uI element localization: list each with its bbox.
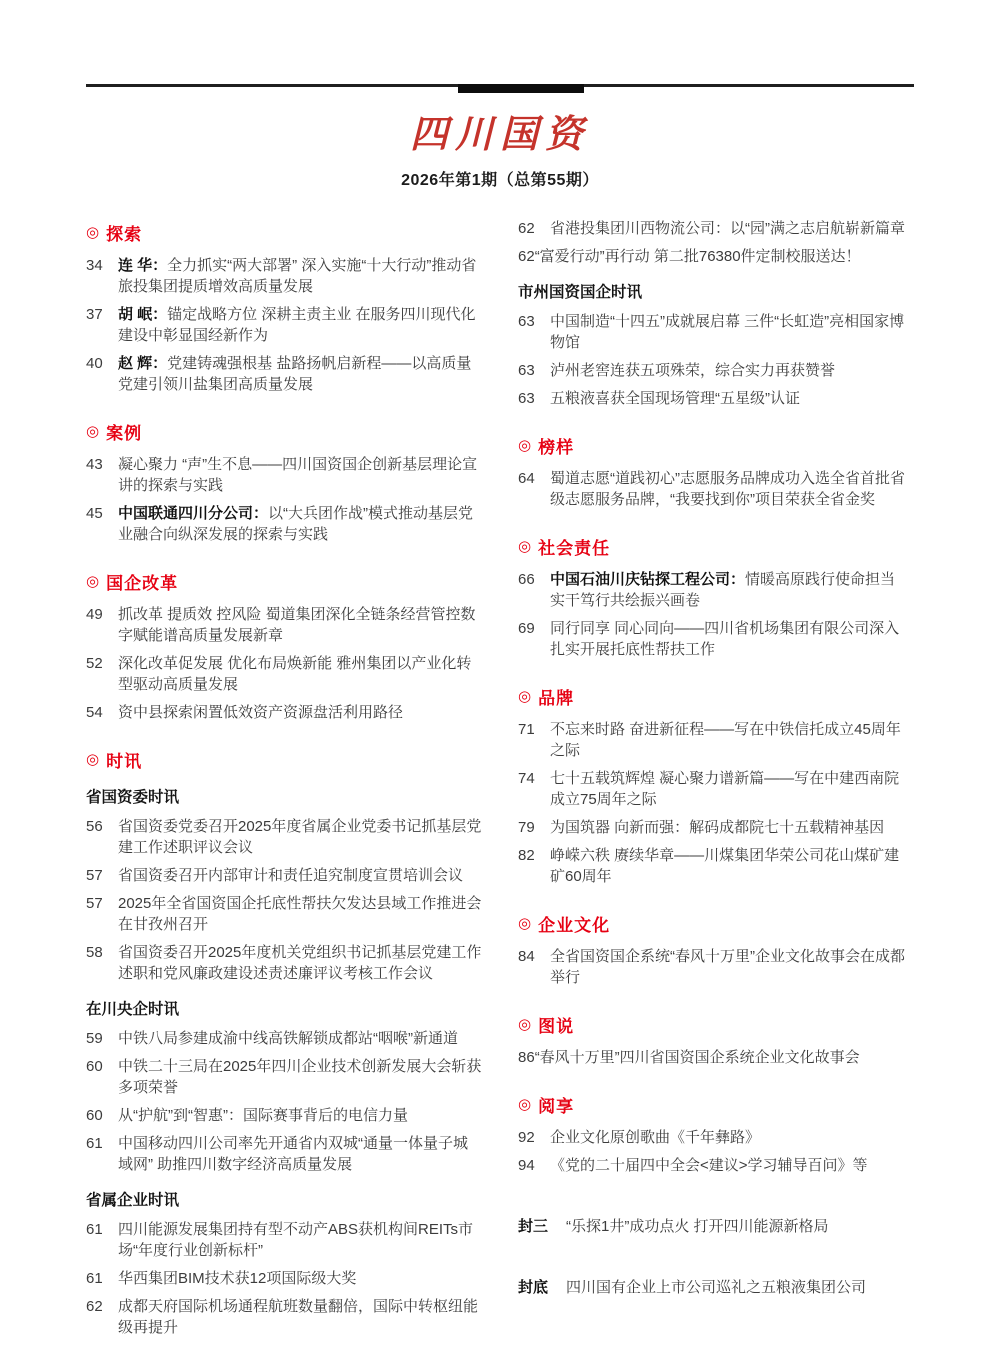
section-bullet-icon: ◎ <box>86 225 99 240</box>
section-title: 时讯 <box>106 747 142 772</box>
page-number: 92 <box>518 1127 550 1148</box>
section-header: ◎社会责任 <box>518 534 914 559</box>
toc-columns: ◎探索34连 华：全力抓实“两大部署” 深入实施“十大行动”推动省旅投集团提质增… <box>86 218 914 1345</box>
subsection-title: 市州国资国企时讯 <box>518 280 914 302</box>
toc-entry: 49抓改革 提质效 控风险 蜀道集团深化全链条经营管控数字赋能谱高质量发展新章 <box>86 604 482 646</box>
section-title: 探索 <box>106 220 142 245</box>
article-title: 省国资委召开2025年度机关党组织书记抓基层党建工作述职和党风廉政建设述责述廉评… <box>118 942 482 984</box>
toc-entry: 74七十五载筑辉煌 凝心聚力谱新篇——写在中建西南院成立75周年之际 <box>518 768 914 810</box>
toc-entry: 61华西集团BIM技术获12项国际级大奖 <box>86 1268 482 1289</box>
page-number: 59 <box>86 1028 118 1049</box>
header-rule-notch <box>458 84 584 93</box>
article-title: 凝心聚力 “声”生不息——四川国资国企创新基层理论宣讲的探索与实践 <box>118 454 482 496</box>
toc-entry: 61中国移动四川公司率先开通省内双城“通量一体量子城域网” 助推四川数字经济高质… <box>86 1133 482 1175</box>
article-title: 蜀道志愿“道践初心”志愿服务品牌成功入选全省首批省级志愿服务品牌，“我要找到你”… <box>550 468 914 510</box>
toc-entry: 61四川能源发展集团持有型不动产ABS获机构间REITs市场“年度行业创新标杆” <box>86 1219 482 1261</box>
page-number: 45 <box>86 503 118 545</box>
section-header: ◎榜样 <box>518 433 914 458</box>
section-header: ◎案例 <box>86 419 482 444</box>
section-bullet-icon: ◎ <box>518 539 531 554</box>
page-number: 62 <box>518 246 535 267</box>
article-title: 成都天府国际机场通程航班数量翻倍，国际中转枢纽能级再提升 <box>118 1296 482 1338</box>
section-title: 社会责任 <box>538 534 610 559</box>
toc-entry: 64蜀道志愿“道践初心”志愿服务品牌成功入选全省首批省级志愿服务品牌，“我要找到… <box>518 468 914 510</box>
page-number: 63 <box>518 360 550 381</box>
section-title: 榜样 <box>538 433 574 458</box>
toc-entry: 71不忘来时路 奋进新征程——写在中铁信托成立45周年之际 <box>518 719 914 761</box>
article-title: 为国筑器 向新而强：解码成都院七十五载精神基因 <box>550 817 914 838</box>
page-number: 63 <box>518 311 550 353</box>
cover-label: 封三 <box>518 1216 566 1237</box>
article-title: 中铁八局参建成渝中线高铁解锁成都站“咽喉”新通道 <box>118 1028 482 1049</box>
section-bullet-icon: ◎ <box>518 1017 531 1032</box>
page-number: 69 <box>518 618 550 660</box>
toc-entry: 56省国资委党委召开2025年度省属企业党委书记抓基层党建工作述职评议会议 <box>86 816 482 858</box>
subsection-title: 省国资委时讯 <box>86 785 482 807</box>
article-title: 五粮液喜获全国现场管理“五星级”认证 <box>550 388 914 409</box>
cover-entry: 封三“乐探1井”成功点火 打开四川能源新格局 <box>518 1216 914 1237</box>
page-number: 56 <box>86 816 118 858</box>
toc-entry: 94《党的二十届四中全会<建议>学习辅导百问》等 <box>518 1155 914 1176</box>
article-title: 全省国资国企系统“春风十万里”企业文化故事会在成都举行 <box>550 946 914 988</box>
subsection-title: 省属企业时讯 <box>86 1188 482 1210</box>
section-bullet-icon: ◎ <box>518 438 531 453</box>
page-number: 71 <box>518 719 550 761</box>
toc-entry: 40赵 辉：党建铸魂强根基 盐路扬帆启新程——以高质量党建引领川盐集团高质量发展 <box>86 353 482 395</box>
page-content: 四川国资 2026年第1期（总第55期） ◎探索34连 华：全力抓实“两大部署”… <box>0 0 1000 1345</box>
toc-entry: 58省国资委召开2025年度机关党组织书记抓基层党建工作述职和党风廉政建设述责述… <box>86 942 482 984</box>
page-number: 60 <box>86 1056 118 1098</box>
section-bullet-icon: ◎ <box>518 1097 531 1112</box>
page-number: 49 <box>86 604 118 646</box>
page-number: 84 <box>518 946 550 988</box>
page-number: 62 <box>518 218 550 239</box>
article-title: 不忘来时路 奋进新征程——写在中铁信托成立45周年之际 <box>550 719 914 761</box>
section-bullet-icon: ◎ <box>518 689 531 704</box>
toc-entry: 63泸州老窖连获五项殊荣，综合实力再获赞誉 <box>518 360 914 381</box>
article-title: 中国石油川庆钻探工程公司：情暖高原践行使命担当 实干笃行共绘振兴画卷 <box>550 569 914 611</box>
article-title: 泸州老窖连获五项殊荣，综合实力再获赞誉 <box>550 360 914 381</box>
article-title: 华西集团BIM技术获12项国际级大奖 <box>118 1268 482 1289</box>
article-title: 连 华：全力抓实“两大部署” 深入实施“十大行动”推动省旅投集团提质增效高质量发… <box>118 255 482 297</box>
article-title: 七十五载筑辉煌 凝心聚力谱新篇——写在中建西南院成立75周年之际 <box>550 768 914 810</box>
article-title: 中铁二十三局在2025年四川企业技术创新发展大会斩获多项荣誉 <box>118 1056 482 1098</box>
page-number: 86 <box>518 1047 535 1068</box>
toc-entry: 52深化改革促发展 优化布局焕新能 雅州集团以产业化转型驱动高质量发展 <box>86 653 482 695</box>
article-lead: 赵 辉： <box>118 355 167 372</box>
page-number: 58 <box>86 942 118 984</box>
toc-entry: 62“富爱行动”再行动 第二批76380件定制校服送达！ <box>518 246 914 267</box>
article-title: 深化改革促发展 优化布局焕新能 雅州集团以产业化转型驱动高质量发展 <box>118 653 482 695</box>
section-bullet-icon: ◎ <box>86 424 99 439</box>
toc-entry: 34连 华：全力抓实“两大部署” 深入实施“十大行动”推动省旅投集团提质增效高质… <box>86 255 482 297</box>
page-number: 37 <box>86 304 118 346</box>
toc-entry: 62成都天府国际机场通程航班数量翻倍，国际中转枢纽能级再提升 <box>86 1296 482 1338</box>
cover-label: 封底 <box>518 1277 566 1298</box>
article-title: 抓改革 提质效 控风险 蜀道集团深化全链条经营管控数字赋能谱高质量发展新章 <box>118 604 482 646</box>
article-title: 从“护航”到“智惠”：国际赛事背后的电信力量 <box>118 1105 482 1126</box>
article-title: 峥嵘六秩 赓续华章——川煤集团华荣公司花山煤矿建矿60周年 <box>550 845 914 887</box>
subsection-title: 在川央企时讯 <box>86 997 482 1019</box>
page-number: 43 <box>86 454 118 496</box>
page-number: 94 <box>518 1155 550 1176</box>
section-header: ◎图说 <box>518 1012 914 1037</box>
toc-entry: 69同行同享 同心同向——四川省机场集团有限公司深入扎实开展托底性帮扶工作 <box>518 618 914 660</box>
section-header: ◎国企改革 <box>86 569 482 594</box>
page-number: 63 <box>518 388 550 409</box>
page-number: 62 <box>86 1296 118 1338</box>
article-title: 省国资委召开内部审计和责任追究制度宣贯培训会议 <box>118 865 482 886</box>
article-lead: 中国联通四川分公司： <box>118 505 268 522</box>
article-title: “乐探1井”成功点火 打开四川能源新格局 <box>566 1216 914 1237</box>
section-title: 国企改革 <box>106 569 178 594</box>
toc-page: 四川国资 2026年第1期（总第55期） ◎探索34连 华：全力抓实“两大部署”… <box>0 0 1000 1357</box>
toc-entry: 63五粮液喜获全国现场管理“五星级”认证 <box>518 388 914 409</box>
toc-entry: 92企业文化原创歌曲《千年彝路》 <box>518 1127 914 1148</box>
article-lead: 中国石油川庆钻探工程公司： <box>550 571 745 588</box>
article-title: 中国制造“十四五”成就展启幕 三件“长虹造”亮相国家博物馆 <box>550 311 914 353</box>
toc-entry: 60从“护航”到“智惠”：国际赛事背后的电信力量 <box>86 1105 482 1126</box>
article-title: 省港投集团川西物流公司：以“园”满之志启航崭新篇章 <box>550 218 914 239</box>
article-title: 《党的二十届四中全会<建议>学习辅导百问》等 <box>550 1155 914 1176</box>
section-header: ◎阅享 <box>518 1092 914 1117</box>
page-number: 61 <box>86 1268 118 1289</box>
page-number: 74 <box>518 768 550 810</box>
article-lead: 连 华： <box>118 257 167 274</box>
section-bullet-icon: ◎ <box>86 574 99 589</box>
section-title: 图说 <box>538 1012 574 1037</box>
toc-entry: 82峥嵘六秩 赓续华章——川煤集团华荣公司花山煤矿建矿60周年 <box>518 845 914 887</box>
issue-line: 2026年第1期（总第55期） <box>86 167 914 190</box>
section-header: ◎企业文化 <box>518 911 914 936</box>
cover-entry: 封底四川国有企业上市公司巡礼之五粮液集团公司 <box>518 1277 914 1298</box>
section-header: ◎时讯 <box>86 747 482 772</box>
toc-entry: 66中国石油川庆钻探工程公司：情暖高原践行使命担当 实干笃行共绘振兴画卷 <box>518 569 914 611</box>
article-title: 企业文化原创歌曲《千年彝路》 <box>550 1127 914 1148</box>
page-number: 66 <box>518 569 550 611</box>
toc-entry: 79为国筑器 向新而强：解码成都院七十五载精神基因 <box>518 817 914 838</box>
article-lead: 胡 岷： <box>118 306 167 323</box>
article-title: 赵 辉：党建铸魂强根基 盐路扬帆启新程——以高质量党建引领川盐集团高质量发展 <box>118 353 482 395</box>
section-title: 阅享 <box>538 1092 574 1117</box>
article-title: “春风十万里”四川省国资国企系统企业文化故事会 <box>535 1047 914 1068</box>
article-title: “富爱行动”再行动 第二批76380件定制校服送达！ <box>535 246 914 267</box>
article-title: 同行同享 同心同向——四川省机场集团有限公司深入扎实开展托底性帮扶工作 <box>550 618 914 660</box>
page-number: 57 <box>86 893 118 935</box>
toc-entry: 63中国制造“十四五”成就展启幕 三件“长虹造”亮相国家博物馆 <box>518 311 914 353</box>
toc-entry: 60中铁二十三局在2025年四川企业技术创新发展大会斩获多项荣誉 <box>86 1056 482 1098</box>
article-title: 四川能源发展集团持有型不动产ABS获机构间REITs市场“年度行业创新标杆” <box>118 1219 482 1261</box>
article-title: 中国移动四川公司率先开通省内双城“通量一体量子城域网” 助推四川数字经济高质量发… <box>118 1133 482 1175</box>
article-title: 资中县探索闲置低效资产资源盘活利用路径 <box>118 702 482 723</box>
toc-entry: 45中国联通四川分公司：以“大兵团作战”模式推动基层党业融合向纵深发展的探索与实… <box>86 503 482 545</box>
page-number: 64 <box>518 468 550 510</box>
header-rule <box>86 84 914 87</box>
article-title: 2025年全省国资国企托底性帮扶欠发达县域工作推进会在甘孜州召开 <box>118 893 482 935</box>
left-column: ◎探索34连 华：全力抓实“两大部署” 深入实施“十大行动”推动省旅投集团提质增… <box>86 218 482 1345</box>
section-header: ◎探索 <box>86 220 482 245</box>
page-number: 82 <box>518 845 550 887</box>
toc-entry: 57省国资委召开内部审计和责任追究制度宣贯培训会议 <box>86 865 482 886</box>
page-number: 54 <box>86 702 118 723</box>
toc-entry: 59中铁八局参建成渝中线高铁解锁成都站“咽喉”新通道 <box>86 1028 482 1049</box>
toc-entry: 572025年全省国资国企托底性帮扶欠发达县域工作推进会在甘孜州召开 <box>86 893 482 935</box>
magazine-masthead: 四川国资 <box>86 103 914 158</box>
page-number: 34 <box>86 255 118 297</box>
page-number: 61 <box>86 1219 118 1261</box>
toc-entry: 86“春风十万里”四川省国资国企系统企业文化故事会 <box>518 1047 914 1068</box>
article-title: 省国资委党委召开2025年度省属企业党委书记抓基层党建工作述职评议会议 <box>118 816 482 858</box>
toc-entry: 37胡 岷：锚定战略方位 深耕主责主业 在服务四川现代化建设中彰显国经新作为 <box>86 304 482 346</box>
toc-entry: 43凝心聚力 “声”生不息——四川国资国企创新基层理论宣讲的探索与实践 <box>86 454 482 496</box>
section-bullet-icon: ◎ <box>518 916 531 931</box>
article-title: 中国联通四川分公司：以“大兵团作战”模式推动基层党业融合向纵深发展的探索与实践 <box>118 503 482 545</box>
section-header: ◎品牌 <box>518 684 914 709</box>
section-title: 品牌 <box>538 684 574 709</box>
article-title: 胡 岷：锚定战略方位 深耕主责主业 在服务四川现代化建设中彰显国经新作为 <box>118 304 482 346</box>
toc-entry: 62省港投集团川西物流公司：以“园”满之志启航崭新篇章 <box>518 218 914 239</box>
page-number: 57 <box>86 865 118 886</box>
right-column: 62省港投集团川西物流公司：以“园”满之志启航崭新篇章62“富爱行动”再行动 第… <box>518 218 914 1345</box>
section-title: 企业文化 <box>538 911 610 936</box>
page-number: 60 <box>86 1105 118 1126</box>
section-title: 案例 <box>106 419 142 444</box>
toc-entry: 84全省国资国企系统“春风十万里”企业文化故事会在成都举行 <box>518 946 914 988</box>
toc-entry: 54资中县探索闲置低效资产资源盘活利用路径 <box>86 702 482 723</box>
page-number: 52 <box>86 653 118 695</box>
section-bullet-icon: ◎ <box>86 752 99 767</box>
article-title: 四川国有企业上市公司巡礼之五粮液集团公司 <box>566 1277 914 1298</box>
page-number: 40 <box>86 353 118 395</box>
page-number: 79 <box>518 817 550 838</box>
page-number: 61 <box>86 1133 118 1175</box>
